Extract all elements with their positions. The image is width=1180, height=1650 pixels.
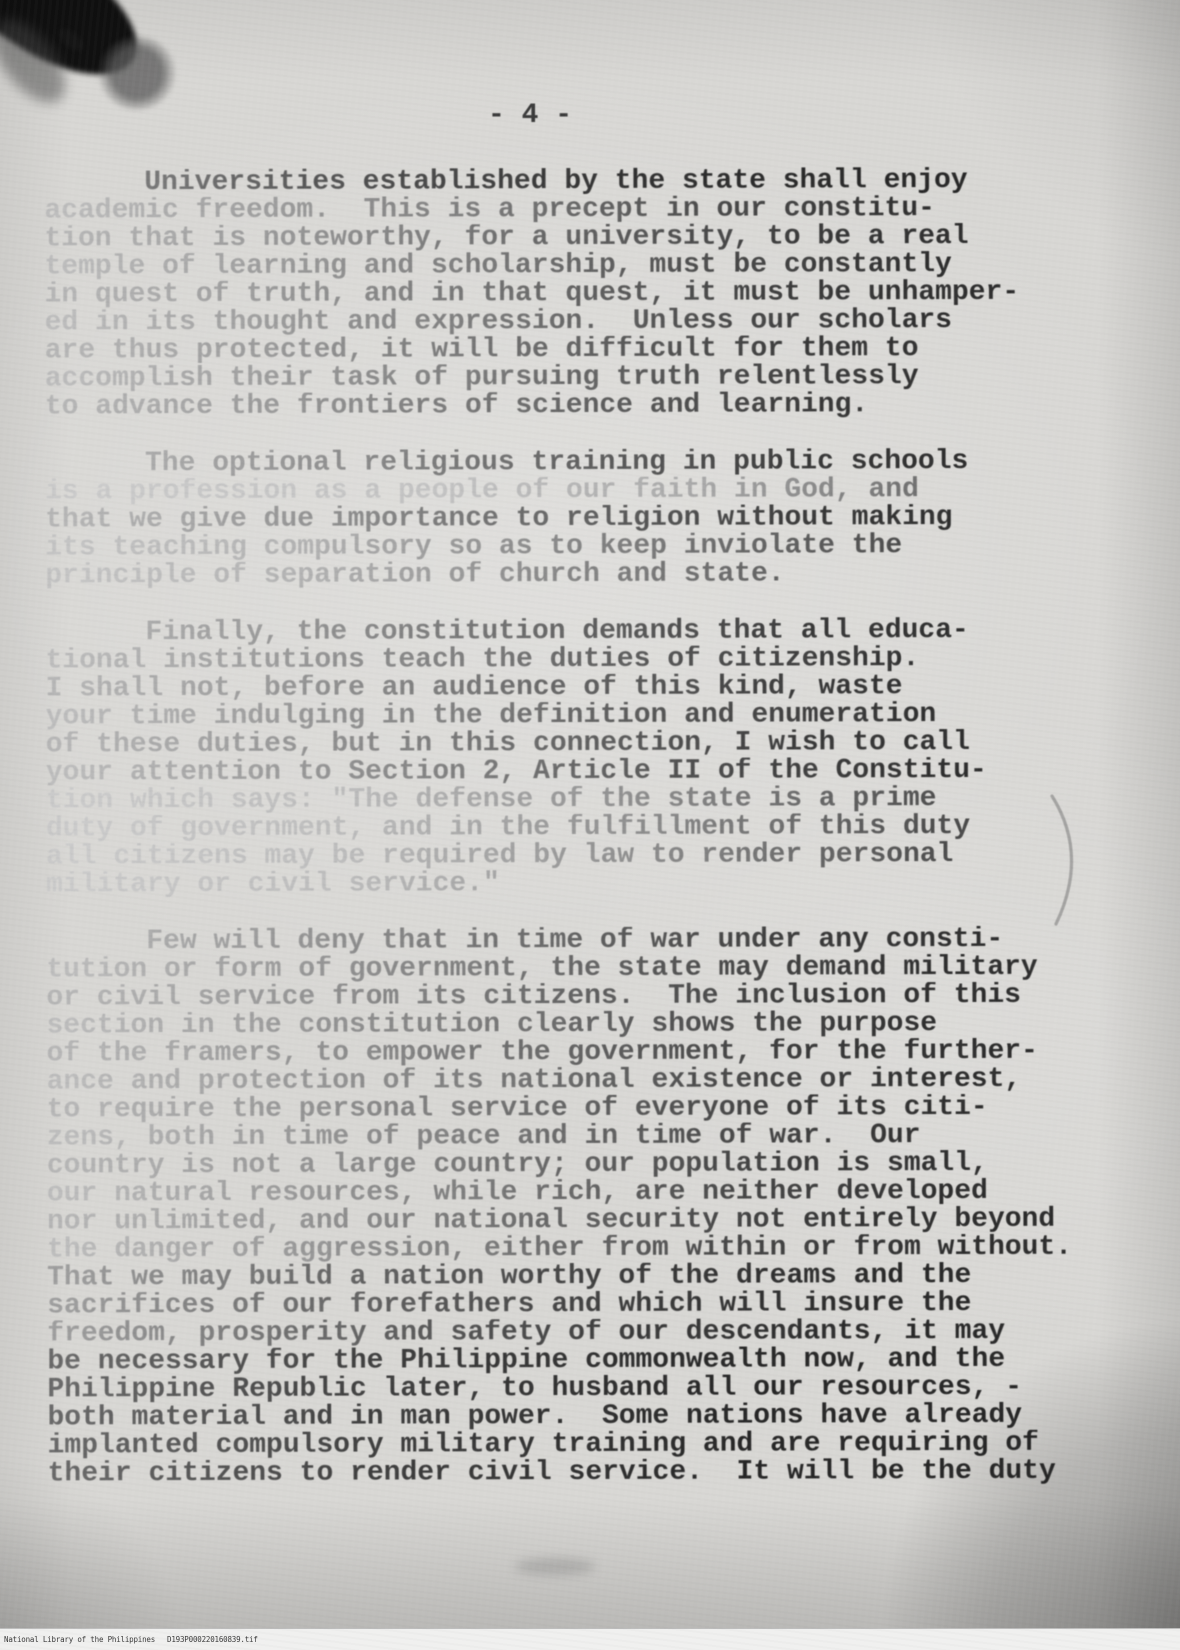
text-line: its teaching compulsory so as to keep in…	[45, 532, 1109, 563]
text-line: The optional religious training in publi…	[45, 448, 1109, 479]
text-line: principle of separation of church and st…	[45, 560, 1109, 591]
scanned-page: - 4 - Universities established by the st…	[0, 0, 1180, 1650]
handwritten-parenthesis-mark	[1042, 793, 1094, 927]
text-line: ed in its thought and expression. Unless…	[45, 307, 1109, 338]
footer-filename: D193P000220160839.tif	[167, 1635, 258, 1644]
text-line: their citizens to render civil service. …	[48, 1458, 1112, 1489]
paragraph: Few will deny that in time of war under …	[46, 926, 1111, 1489]
text-line: accomplish their task of pursuing truth …	[45, 363, 1109, 394]
paragraph: Universities established by the state sh…	[44, 167, 1109, 422]
paragraph: Finally, the constitution demands that a…	[45, 617, 1110, 900]
text-line: Universities established by the state sh…	[44, 167, 1108, 198]
text-line: all citizens may be required by law to r…	[46, 841, 1110, 872]
paragraph: The optional religious training in publi…	[45, 448, 1109, 591]
document-body: Universities established by the state sh…	[44, 167, 1112, 1518]
round-stamp-mark	[98, 36, 176, 110]
text-line: to require the personal service of every…	[47, 1094, 1111, 1125]
text-line: military or civil service."	[46, 869, 1110, 900]
text-line: are thus protected, it will be difficult…	[45, 335, 1109, 366]
footer-library-label: National Library of the Philippines	[4, 1635, 155, 1644]
text-line: tional institutions teach the duties of …	[45, 645, 1109, 676]
text-line: I shall not, before an audience of this …	[46, 673, 1110, 704]
smudge-mark	[515, 1558, 595, 1575]
page-number: - 4 -	[488, 100, 572, 131]
text-line: that we give due importance to religion …	[45, 504, 1109, 535]
text-line: to advance the frontiers of science and …	[45, 391, 1109, 422]
text-line: or civil service from its citizens. The …	[46, 982, 1110, 1013]
scan-footer-bar: National Library of the Philippines D193…	[0, 1628, 1180, 1650]
text-line: your attention to Section 2, Article II …	[46, 757, 1110, 788]
text-line: Finally, the constitution demands that a…	[45, 617, 1109, 648]
